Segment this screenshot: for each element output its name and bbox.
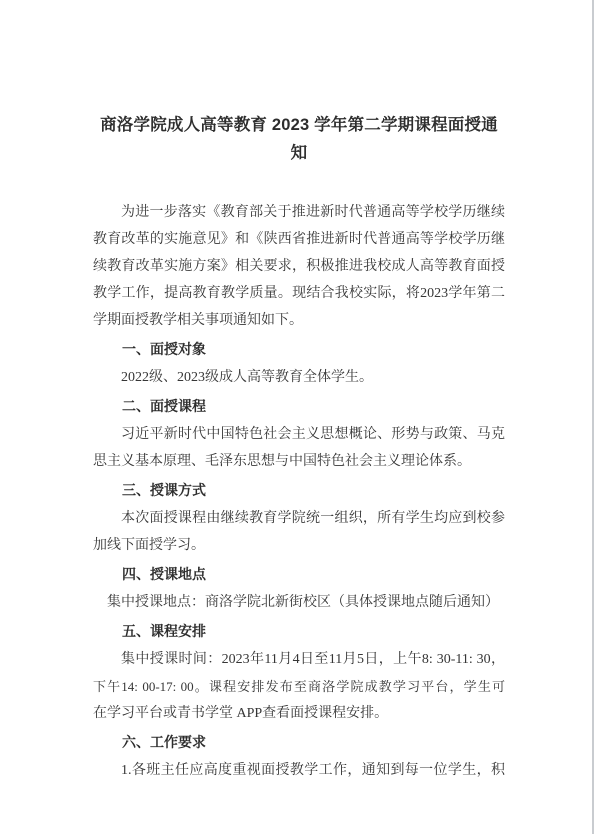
doc-line: 习近平新时代中国特色社会主义思想概论、形势与政策、马克	[93, 421, 505, 448]
document-title: 商洛学院成人高等教育 2023 学年第二学期课程面授通知	[93, 111, 505, 167]
section-heading-location: 四、授课地点	[93, 562, 505, 589]
notice-document: 商洛学院成人高等教育 2023 学年第二学期课程面授通知 为进一步落实《教育部关…	[93, 111, 505, 784]
section-heading-audience: 一、面授对象	[93, 337, 505, 364]
doc-line: 在学习平台或青书学堂 APP查看面授课程安排。	[93, 700, 505, 727]
section-heading-teaching-mode: 三、授课方式	[93, 478, 505, 505]
doc-line: 思主义基本原理、毛泽东思想与中国特色社会主义理论体系。	[93, 448, 505, 475]
section-heading-requirements: 六、工作要求	[93, 730, 505, 757]
doc-line: 集中授课时间：2023年11月4日至11月5日，上午8: 30-11: 30，	[93, 646, 505, 673]
intro-line: 学期面授教学相关事项通知如下。	[93, 307, 505, 334]
doc-line: 加线下面授学习。	[93, 532, 505, 559]
intro-line: 教学工作，提高教育教学质量。现结合我校实际，将2023学年第二	[93, 280, 505, 307]
section-heading-courses: 二、面授课程	[93, 394, 505, 421]
doc-line: 2022级、2023级成人高等教育全体学生。	[93, 364, 505, 391]
doc-line: 1.各班主任应高度重视面授教学工作，通知到每一位学生，积	[93, 757, 505, 784]
doc-line: 本次面授课程由继续教育学院统一组织，所有学生均应到校参	[93, 505, 505, 532]
intro-line: 续教育改革实施方案》相关要求，积极推进我校成人高等教育面授	[93, 253, 505, 280]
doc-line: 集中授课地点：商洛学院北新街校区（具体授课地点随后通知）	[93, 589, 505, 616]
section-heading-schedule: 五、课程安排	[93, 619, 505, 646]
intro-line: 为进一步落实《教育部关于推进新时代普通高等学校学历继续	[93, 199, 505, 226]
document-page: 商洛学院成人高等教育 2023 学年第二学期课程面授通知 为进一步落实《教育部关…	[0, 0, 598, 834]
intro-line: 教育改革的实施意见》和《陕西省推进新时代普通高等学校学历继	[93, 226, 505, 253]
page-edge-divider	[592, 0, 594, 834]
doc-line: 下午14: 00-17: 00。课程安排发布至商洛学院成教学习平台，学生可	[93, 673, 505, 700]
